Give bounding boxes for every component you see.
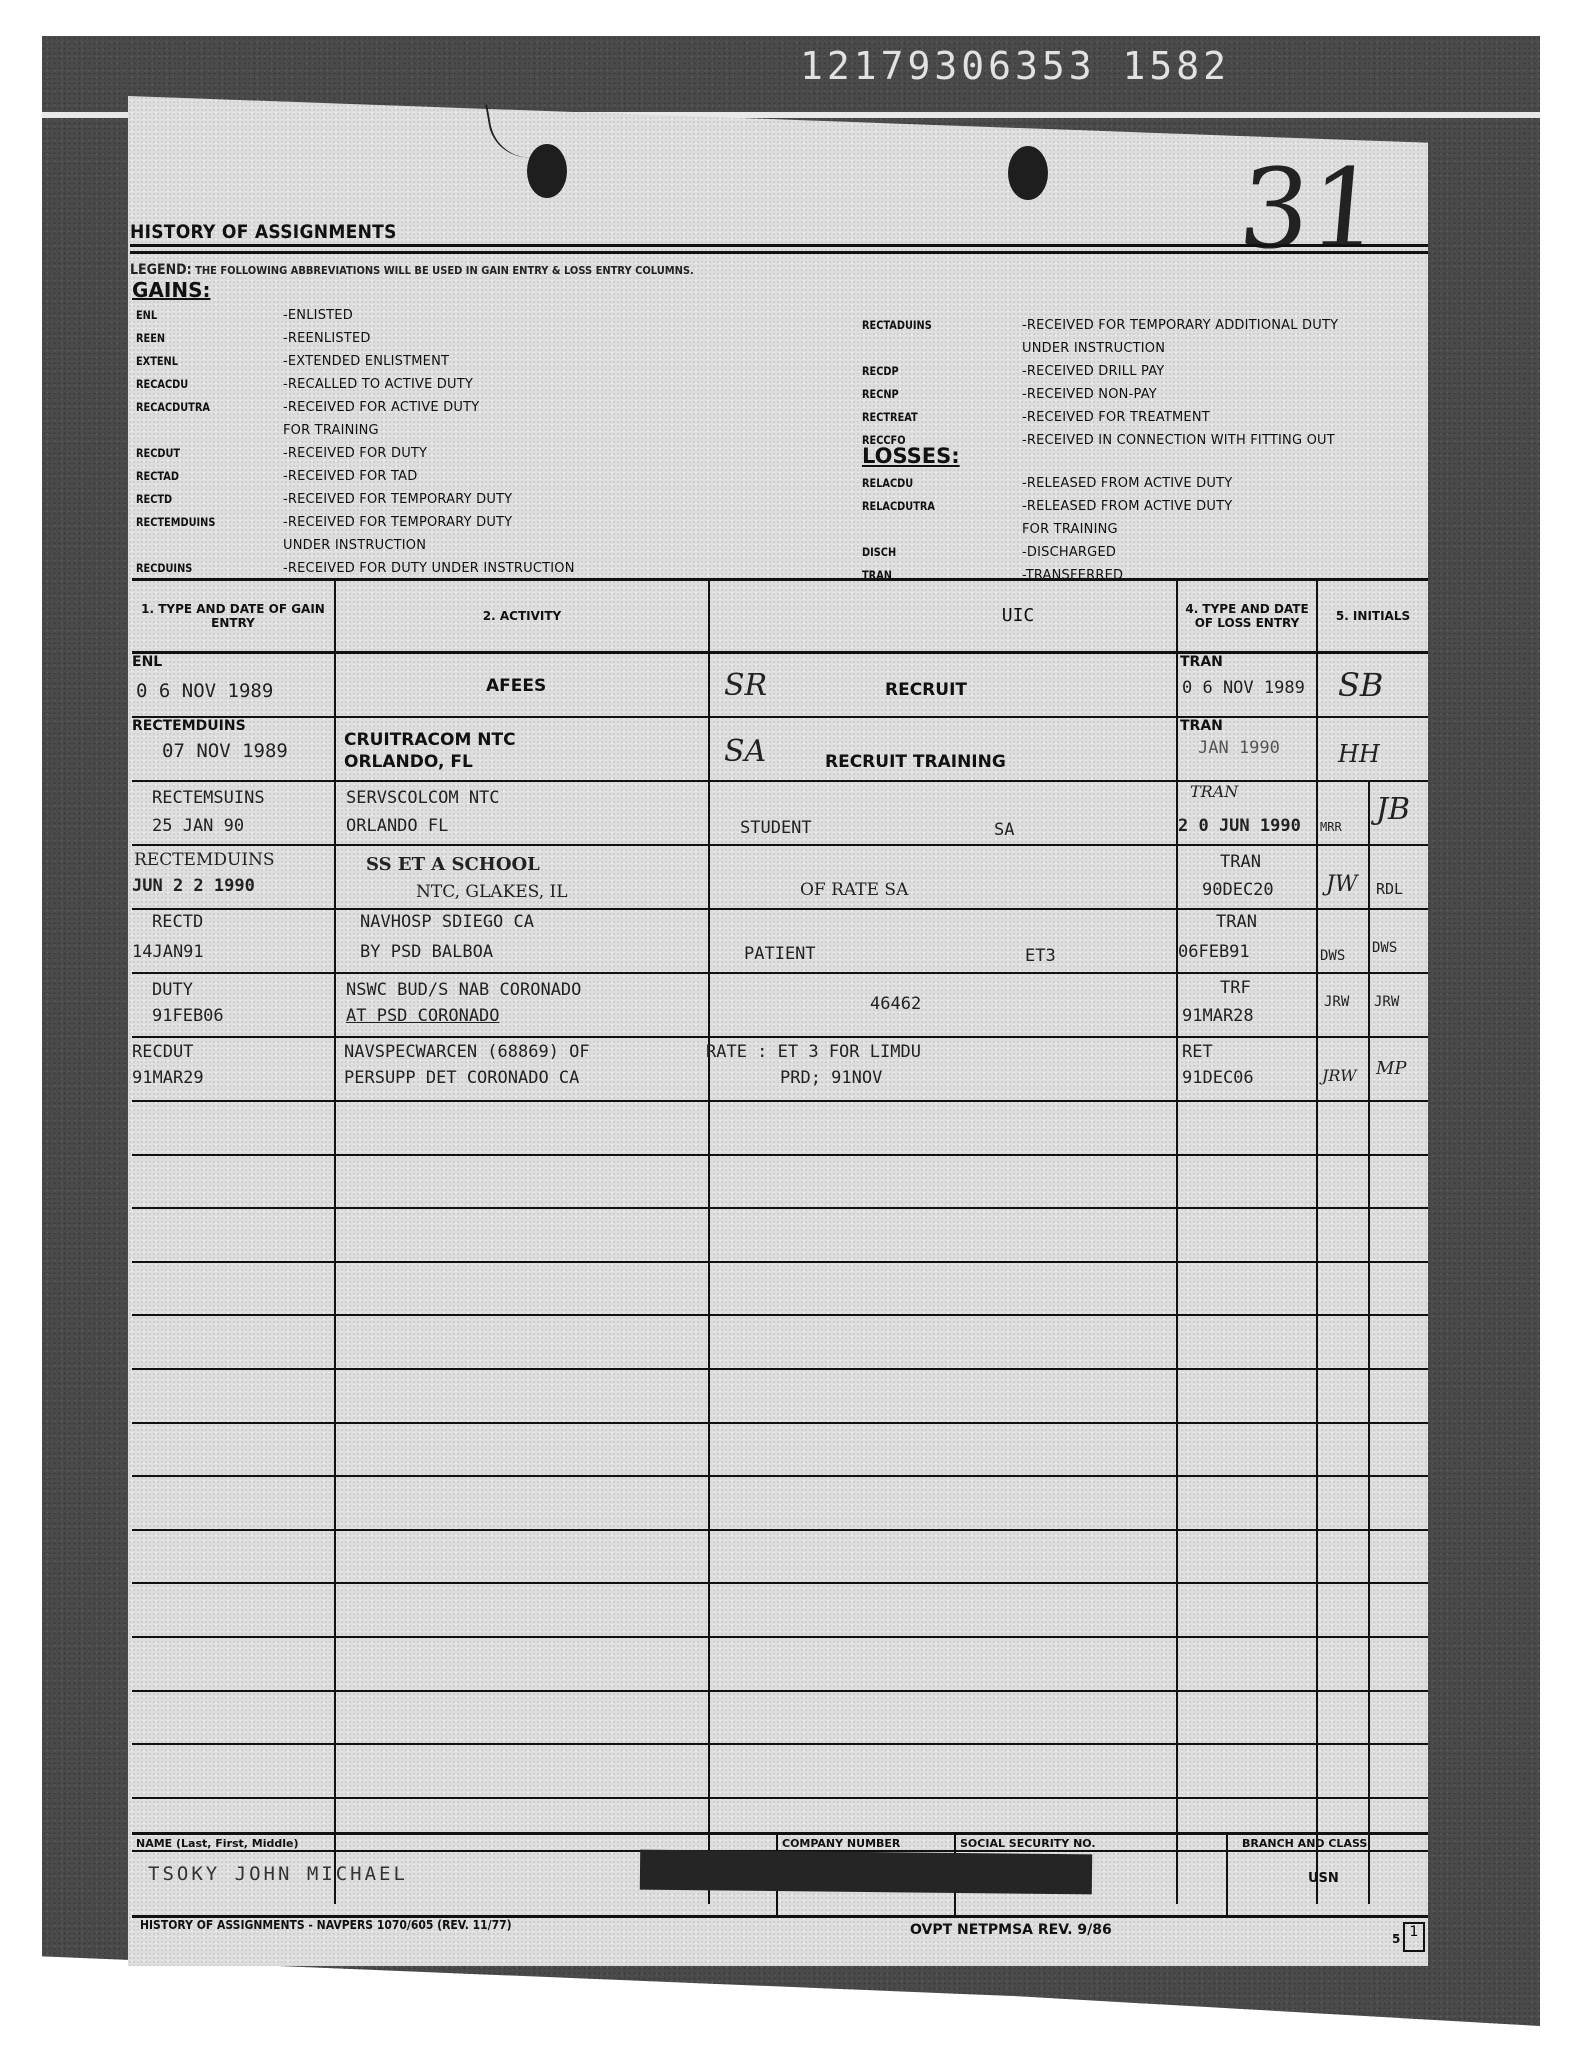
branch-class-field: BRANCH AND CLASS USN xyxy=(1226,1835,1428,1915)
table-row-empty xyxy=(132,1263,1428,1317)
title-rule xyxy=(130,244,1428,247)
gains-list: ENL-ENLISTED REEN-REENLISTED EXTENL-EXTE… xyxy=(136,304,575,580)
table-row-empty xyxy=(132,1424,1428,1478)
legend-item: UNDER INSTRUCTION xyxy=(136,534,575,557)
legend-item: RELACDU-RELEASED FROM ACTIVE DUTY xyxy=(862,472,1232,495)
legend-item: FOR TRAINING xyxy=(136,419,575,442)
legend-item: UNDER INSTRUCTION xyxy=(862,337,1338,360)
table-row-empty xyxy=(132,1156,1428,1210)
col-header-gain: 1. TYPE AND DATE OF GAIN ENTRY xyxy=(132,581,336,651)
legend-item: EXTENL-EXTENDED ENLISTMENT xyxy=(136,350,575,373)
col-header-initials: 5. INITIALS xyxy=(1318,581,1428,651)
legend-item: ENL-ENLISTED xyxy=(136,304,575,327)
gains-list-right: RECTADUINS-RECEIVED FOR TEMPORARY ADDITI… xyxy=(862,314,1338,452)
redaction-bar xyxy=(640,1850,1092,1895)
legend-item: RECTEMDUINS-RECEIVED FOR TEMPORARY DUTY xyxy=(136,511,575,534)
legend-item: FOR TRAINING xyxy=(862,518,1232,541)
losses-label: LOSSES: xyxy=(862,444,960,468)
col-header-activity: 2. ACTIVITY xyxy=(336,581,710,651)
table-row-empty xyxy=(132,1584,1428,1638)
punch-hole-right xyxy=(1008,146,1048,200)
table-header: 1. TYPE AND DATE OF GAIN ENTRY 2. ACTIVI… xyxy=(132,578,1428,654)
punch-hole-left xyxy=(527,144,567,198)
legend-item: RECACDUTRA-RECEIVED FOR ACTIVE DUTY xyxy=(136,396,575,419)
table-row-empty xyxy=(132,1370,1428,1424)
revision-identifier: OVPT NETPMSA REV. 9/86 xyxy=(910,1922,1112,1938)
branch-value: USN xyxy=(1308,1871,1339,1886)
legend-item: RECDP-RECEIVED DRILL PAY xyxy=(862,360,1338,383)
table-row: RECTEMSUINS25 JAN 90 SERVSCOLCOM NTCORLA… xyxy=(132,782,1428,846)
legend-item: RECDUT-RECEIVED FOR DUTY xyxy=(136,442,575,465)
col-header-loss: 4. TYPE AND DATE OF LOSS ENTRY xyxy=(1178,581,1318,651)
legend-item: RELACDUTRA-RELEASED FROM ACTIVE DUTY xyxy=(862,495,1232,518)
initials-divider xyxy=(1368,782,1370,844)
table-row: ENL0 6 NOV 1989 AFEES SRRECRUIT TRAN0 6 … xyxy=(132,654,1428,718)
form-identifier: HISTORY OF ASSIGNMENTS - NAVPERS 1070/60… xyxy=(140,1918,512,1932)
document-stamp: 12179306353 1582 xyxy=(800,44,1230,88)
table-row: RECTEMDUINS07 NOV 1989 CRUITRACOM NTCORL… xyxy=(132,718,1428,782)
legend-item: RECACDU-RECALLED TO ACTIVE DUTY xyxy=(136,373,575,396)
table-row-empty xyxy=(132,1316,1428,1370)
col-header-uic: UIC xyxy=(710,581,1178,651)
legend-label: LEGEND: xyxy=(130,262,192,278)
legend-item: RECTAD-RECEIVED FOR TAD xyxy=(136,465,575,488)
legend-item: DISCH-DISCHARGED xyxy=(862,541,1232,564)
table-row: DUTY91FEB06 NSWC BUD/S NAB CORONADOAT PS… xyxy=(132,974,1428,1038)
legend-item: RECDUINS-RECEIVED FOR DUTY UNDER INSTRUC… xyxy=(136,557,575,580)
initials-divider xyxy=(1368,974,1370,1036)
table-row: RECDUT91MAR29 NAVSPECWARCEN (68869) OFPE… xyxy=(132,1038,1428,1102)
table-row: RECTD14JAN91 NAVHOSP SDIEGO CABY PSD BAL… xyxy=(132,910,1428,974)
form-title: HISTORY OF ASSIGNMENTS xyxy=(130,221,397,243)
table-row-empty xyxy=(132,1531,1428,1585)
page-number: 5 xyxy=(1392,1932,1400,1946)
table-row-empty xyxy=(132,1102,1428,1156)
initials-divider xyxy=(1368,846,1370,908)
table-row-empty xyxy=(132,1477,1428,1531)
title-rule-2 xyxy=(130,251,1428,254)
assignments-table: 1. TYPE AND DATE OF GAIN ENTRY 2. ACTIVI… xyxy=(132,578,1428,1904)
table-row: RECTEMDUINSJUN 2 2 1990 SS ET A SCHOOLNT… xyxy=(132,846,1428,910)
legend-item: REEN-REENLISTED xyxy=(136,327,575,350)
page-box: 1 xyxy=(1403,1922,1425,1952)
gains-label: GAINS: xyxy=(132,278,210,302)
initials-divider xyxy=(1368,1038,1370,1100)
table-row-empty xyxy=(132,1638,1428,1692)
legend-item: RECNP-RECEIVED NON-PAY xyxy=(862,383,1338,406)
table-row-empty xyxy=(132,1209,1428,1263)
initials-divider xyxy=(1368,910,1370,972)
losses-list: RELACDU-RELEASED FROM ACTIVE DUTY RELACD… xyxy=(862,472,1232,587)
legend-item: RECTD-RECEIVED FOR TEMPORARY DUTY xyxy=(136,488,575,511)
legend-text: THE FOLLOWING ABBREVIATIONS WILL BE USED… xyxy=(195,264,694,277)
name-value: TSOKY JOHN MICHAEL xyxy=(148,1863,408,1885)
table-row-empty xyxy=(132,1745,1428,1799)
legend-line: LEGEND: THE FOLLOWING ABBREVIATIONS WILL… xyxy=(130,262,694,278)
legend-item: RECTREAT-RECEIVED FOR TREATMENT xyxy=(862,406,1338,429)
table-row-empty xyxy=(132,1692,1428,1746)
legend-item: RECTADUINS-RECEIVED FOR TEMPORARY ADDITI… xyxy=(862,314,1338,337)
